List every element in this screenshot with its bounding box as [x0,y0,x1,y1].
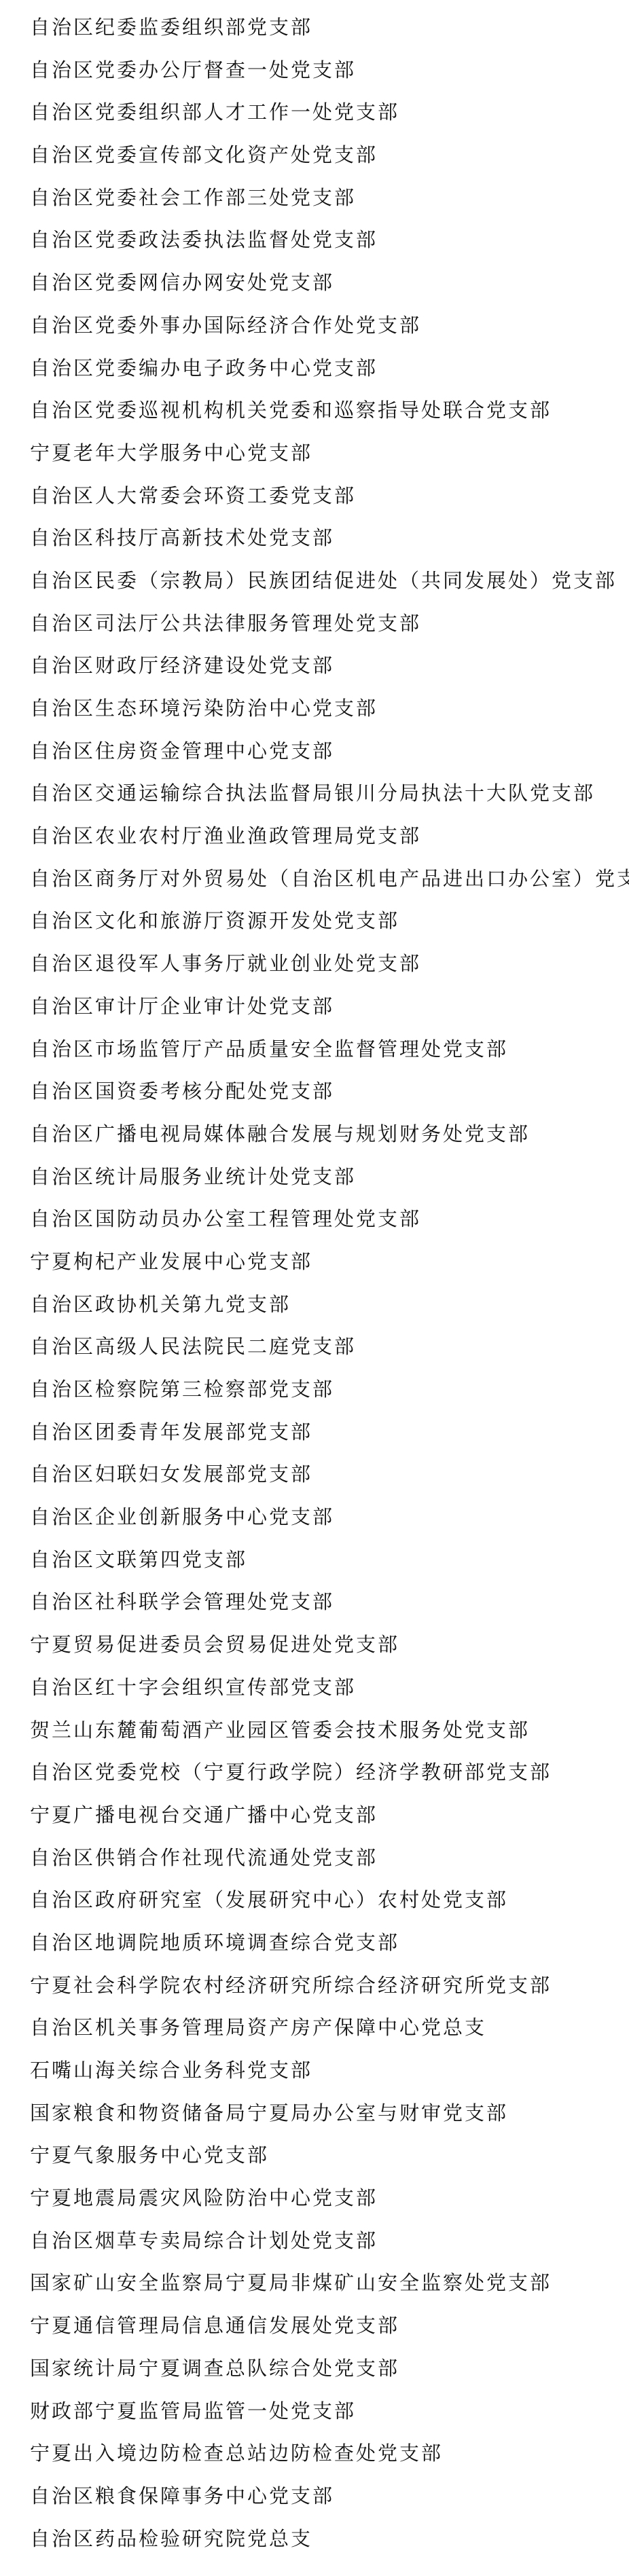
list-item: 自治区纪委监委组织部党支部 [0,15,629,58]
list-item: 自治区商务厅对外贸易处（自治区机电产品进出口办公室）党支部 [0,866,629,909]
list-item: 自治区住房资金管理中心党支部 [0,739,629,781]
list-item: 自治区粮食保障事务中心党支部 [0,2484,629,2526]
party-branch-list: 自治区纪委监委组织部党支部 自治区党委办公厅督查一处党支部 自治区党委组织部人才… [0,0,629,2569]
list-item: 自治区审计厅企业审计处党支部 [0,994,629,1037]
list-item: 自治区政府研究室（发展研究中心）农村处党支部 [0,1888,629,1930]
list-item: 自治区文化和旅游厅资源开发处党支部 [0,908,629,951]
list-item: 自治区农业农村厅渔业渔政管理局党支部 [0,824,629,866]
list-item: 宁夏广播电视台交通广播中心党支部 [0,1803,629,1845]
list-item: 国家统计局宁夏调查总队综合处党支部 [0,2356,629,2399]
list-item: 自治区政协机关第九党支部 [0,1292,629,1335]
list-item: 自治区统计局服务业统计处党支部 [0,1164,629,1207]
list-item: 自治区党委外事办国际经济合作处党支部 [0,313,629,356]
list-item: 自治区党委网信办网安处党支部 [0,270,629,313]
list-item: 自治区民委（宗教局）民族团结促进处（共同发展处）党支部 [0,568,629,611]
list-item: 自治区社科联学会管理处党支部 [0,1589,629,1632]
list-item: 自治区机关事务管理局资产房产保障中心党总支 [0,2015,629,2058]
list-item: 自治区检察院第三检察部党支部 [0,1377,629,1420]
list-item: 宁夏地震局震灾风险防治中心党支部 [0,2186,629,2228]
list-item: 贺兰山东麓葡萄酒产业园区管委会技术服务处党支部 [0,1718,629,1761]
list-item: 宁夏枸杞产业发展中心党支部 [0,1249,629,1292]
list-item: 自治区人大常委会环资工委党支部 [0,483,629,526]
list-item: 国家矿山安全监察局宁夏局非煤矿山安全监察处党支部 [0,2270,629,2313]
list-item: 宁夏社会科学院农村经济研究所综合经济研究所党支部 [0,1973,629,2016]
list-item: 自治区高级人民法院民二庭党支部 [0,1334,629,1377]
list-item: 宁夏气象服务中心党支部 [0,2143,629,2186]
list-item: 自治区红十字会组织宣传部党支部 [0,1675,629,1718]
list-item: 自治区司法厅公共法律服务管理处党支部 [0,611,629,654]
list-item: 自治区企业创新服务中心党支部 [0,1505,629,1547]
list-item: 财政部宁夏监管局监管一处党支部 [0,2399,629,2442]
list-item: 自治区国资委考核分配处党支部 [0,1079,629,1122]
list-item: 自治区党委组织部人才工作一处党支部 [0,100,629,143]
list-item: 自治区科技厅高新技术处党支部 [0,526,629,568]
list-item: 宁夏通信管理局信息通信发展处党支部 [0,2313,629,2356]
list-item: 自治区党委巡视机构机关党委和巡察指导处联合党支部 [0,398,629,441]
list-item: 宁夏出入境边防检查总站边防检查处党支部 [0,2441,629,2484]
list-item: 自治区党委社会工作部三处党支部 [0,185,629,228]
list-item: 自治区团委青年发展部党支部 [0,1420,629,1462]
list-item: 宁夏老年大学服务中心党支部 [0,441,629,483]
list-item: 自治区党委党校（宁夏行政学院）经济学教研部党支部 [0,1760,629,1803]
list-item: 自治区党委办公厅督查一处党支部 [0,58,629,100]
list-item: 自治区党委政法委执法监督处党支部 [0,227,629,270]
list-item: 自治区退役军人事务厅就业创业处党支部 [0,951,629,994]
list-item: 国家粮食和物资储备局宁夏局办公室与财审党支部 [0,2101,629,2143]
list-item: 自治区国防动员办公室工程管理处党支部 [0,1207,629,1249]
list-item: 自治区妇联妇女发展部党支部 [0,1462,629,1505]
list-item: 自治区地调院地质环境调查综合党支部 [0,1930,629,1973]
list-item: 自治区财政厅经济建设处党支部 [0,653,629,696]
list-item: 自治区党委编办电子政务中心党支部 [0,356,629,399]
list-item: 自治区广播电视局媒体融合发展与规划财务处党支部 [0,1122,629,1164]
list-item: 自治区药品检验研究院党总支 [0,2526,629,2569]
list-item: 自治区交通运输综合执法监督局银川分局执法十大队党支部 [0,781,629,824]
list-item: 石嘴山海关综合业务科党支部 [0,2058,629,2101]
list-item: 自治区党委宣传部文化资产处党支部 [0,143,629,185]
list-item: 自治区供销合作社现代流通处党支部 [0,1845,629,1888]
list-item: 宁夏贸易促进委员会贸易促进处党支部 [0,1632,629,1675]
list-item: 自治区生态环境污染防治中心党支部 [0,696,629,739]
list-item: 自治区市场监管厅产品质量安全监督管理处党支部 [0,1037,629,1080]
list-item: 自治区烟草专卖局综合计划处党支部 [0,2228,629,2271]
list-item: 自治区文联第四党支部 [0,1547,629,1590]
